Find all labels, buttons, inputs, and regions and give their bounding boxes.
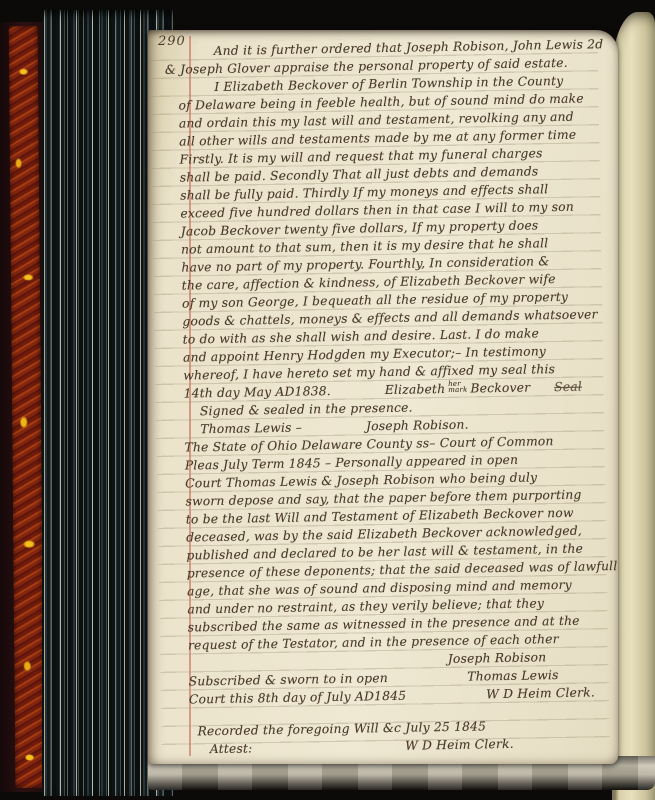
attest-label: Attest: — [210, 739, 253, 758]
clerk-signature: W D Heim Clerk. — [405, 735, 514, 755]
witness-signature: Thomas Lewis — [467, 666, 559, 686]
testator-signature: Beckover — [470, 381, 530, 396]
will-date: 14th day May AD1838. — [184, 384, 331, 401]
her-mark-note: her mark — [448, 380, 467, 392]
clerk-signature: W D Heim Clerk. — [486, 683, 595, 703]
witness-signature: Thomas Lewis – — [200, 419, 302, 439]
manuscript-page: 290 And it is further ordered that Josep… — [148, 30, 618, 764]
witness-signature: Joseph Robison. — [366, 416, 469, 436]
testator-signature: Elizabeth — [385, 382, 446, 397]
court-note: Court this 8th day of July AD1845 — [189, 687, 407, 709]
manuscript-lines: And it is further ordered that Joseph Ro… — [150, 35, 610, 759]
seal-scribble: Seal — [554, 380, 582, 394]
closed-pages-fore-edge-right — [612, 12, 655, 800]
